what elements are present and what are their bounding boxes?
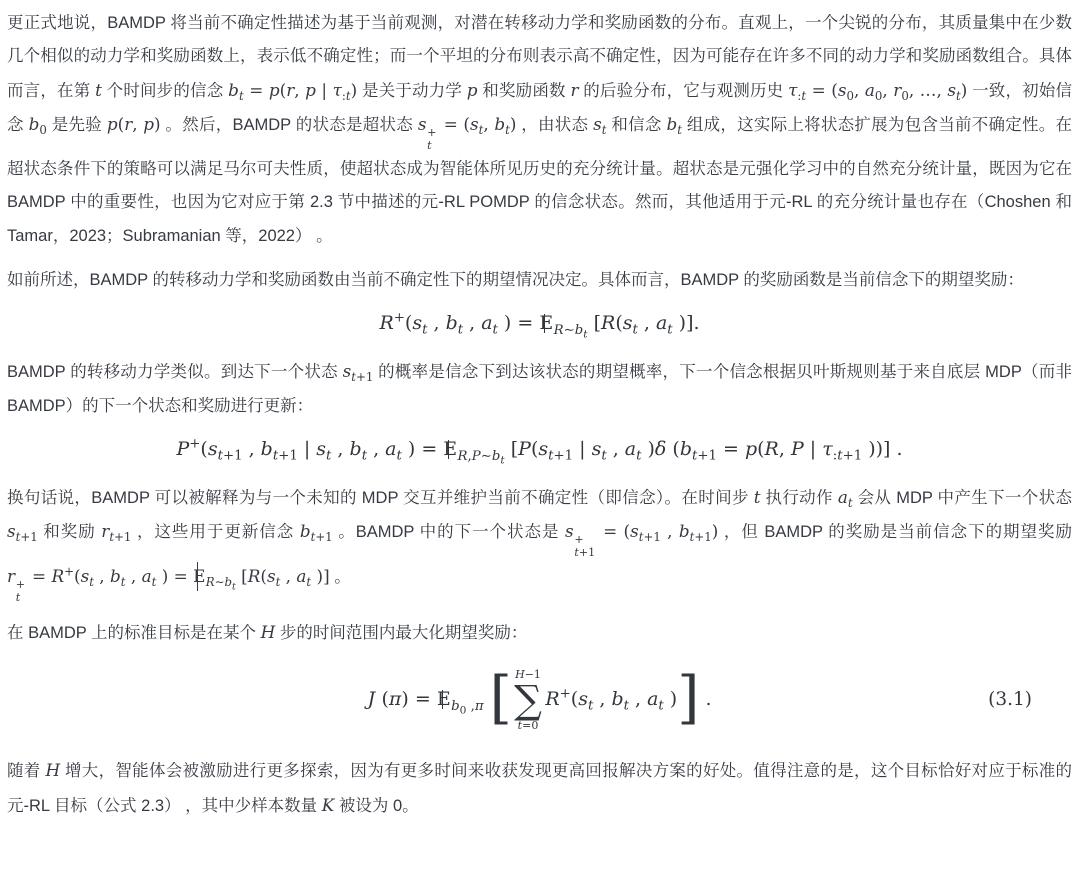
equation-transition-dynamics-math: P+(st+1 , bt+1 | st , bt , at ) = ER,P∼b… <box>176 438 902 460</box>
paragraph-transition-dynamics-intro: BAMDP 的转移动力学类似。到达下一个状态 st+1 的概率是信念下到达该状态… <box>7 355 1072 423</box>
document-page: 更正式地说，BAMDP 将当前不确定性描述为基于当前观测，对潜在转移动力学和奖励… <box>0 0 1080 876</box>
equation-objective-math: J (π) = Eb0 ,π [H−1∑t=0R+(st , bt , at )… <box>367 688 711 710</box>
equation-expected-reward: R+(st , bt , at ) = ER∼bt [R(st , at )]. <box>7 312 1072 336</box>
paragraph-horizon-exploration: 随着 H 增大，智能体会被激励进行更多探索，因为有更多时间来收获发现更高回报解决… <box>7 754 1072 823</box>
equation-objective: J (π) = Eb0 ,π [H−1∑t=0R+(st , bt , at )… <box>7 668 1072 733</box>
paragraph-bamdp-belief-definition: 更正式地说，BAMDP 将当前不确定性描述为基于当前观测，对潜在转移动力学和奖励… <box>7 7 1072 253</box>
equation-transition-dynamics: P+(st+1 , bt+1 | st , bt , at ) = ER,P∼b… <box>7 438 1072 462</box>
paragraph-bamdp-interpretation: 换句话说，BAMDP 可以被解释为与一个未知的 MDP 交互并维护当前不确定性（… <box>7 481 1072 605</box>
paragraph-reward-function-intro: 如前所述，BAMDP 的转移动力学和奖励函数由当前不确定性下的期望情况决定。具体… <box>7 264 1072 297</box>
equation-expected-reward-math: R+(st , bt , at ) = ER∼bt [R(st , at )]. <box>379 312 699 334</box>
equation-number: (3.1) <box>988 689 1032 711</box>
paragraph-objective-intro: 在 BAMDP 上的标准目标是在某个 H 步的时间范围内最大化期望奖励： <box>7 616 1072 650</box>
